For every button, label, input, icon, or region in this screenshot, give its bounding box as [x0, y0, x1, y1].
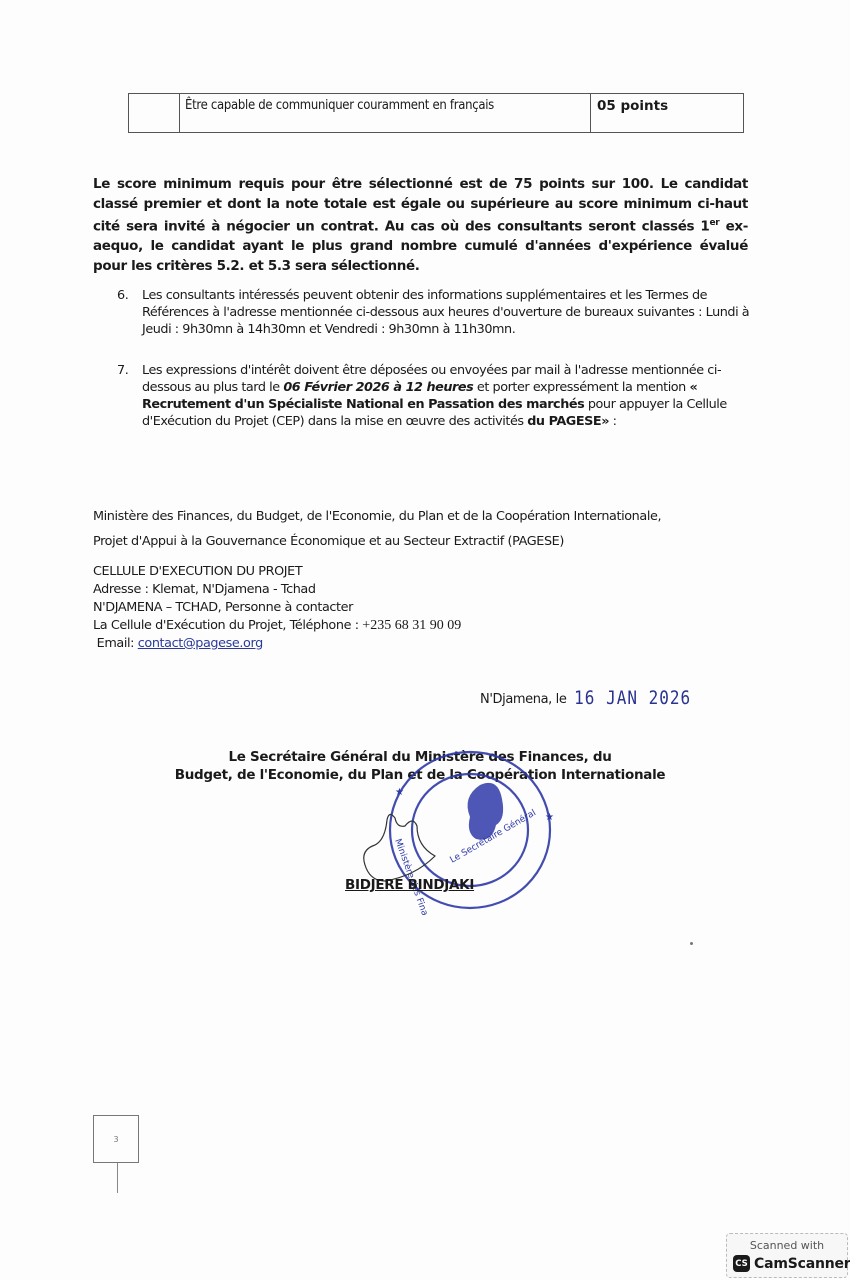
page-number-stem [117, 1163, 118, 1193]
camscanner-brand: CamScanner [754, 1256, 850, 1272]
page-number-box: 3 [93, 1115, 139, 1163]
criteria-points-cell: 05 points [591, 94, 743, 132]
signatory-title-line1: Le Secrétaire Général du Ministère des F… [160, 748, 680, 766]
unit-name: CELLULE D'EXECUTION DU PROJET [93, 563, 461, 581]
email-link[interactable]: contact@pagese.org [138, 636, 263, 651]
selection-text-1: Le score minimum requis pour être sélect… [93, 176, 748, 235]
signatory-title-line2: Budget, de l'Economie, du Plan et de la … [160, 766, 680, 784]
street-address: Adresse : Klemat, N'Djamena - Tchad [93, 581, 461, 599]
criteria-index-cell [129, 94, 180, 132]
camscanner-logo-icon: CS [733, 1255, 750, 1272]
phone-label: La Cellule d'Exécution du Projet, Téléph… [93, 618, 362, 633]
email-line: Email: contact@pagese.org [93, 635, 461, 653]
contact-block: CELLULE D'EXECUTION DU PROJET Adresse : … [93, 563, 461, 653]
item-number: 7. [117, 362, 128, 379]
svg-text:Le Secrétaire Général: Le Secrétaire Général [448, 807, 538, 865]
svg-text:★: ★ [395, 787, 404, 798]
scan-speck [690, 942, 693, 945]
item-text: Les expressions d'intérêt doivent être d… [142, 362, 757, 430]
list-item-6: 6. Les consultants intéressés peuvent ob… [117, 287, 757, 338]
scanned-with-label: Scanned with [727, 1239, 847, 1252]
project-line: Projet d'Appui à la Gouvernance Économiq… [93, 534, 564, 549]
list-item-7: 7. Les expressions d'intérêt doivent êtr… [117, 362, 757, 430]
project-text: du PAGESE» [527, 414, 609, 429]
date-place: N'Djamena, le [480, 692, 566, 707]
date-stamp: 16 JAN 2026 [574, 687, 691, 709]
svg-text:★: ★ [545, 812, 554, 823]
item-number: 6. [117, 287, 128, 304]
signatory-title: Le Secrétaire Général du Ministère des F… [160, 748, 680, 784]
deadline-text: 06 Février 2026 à 12 heures [283, 380, 473, 395]
item7-text-b: et porter expressément la mention [473, 380, 689, 395]
item-text: Les consultants intéressés peuvent obten… [142, 287, 757, 338]
ministry-line: Ministère des Finances, du Budget, de l'… [93, 509, 661, 524]
selection-paragraph: Le score minimum requis pour être sélect… [93, 175, 748, 276]
criteria-table-row: Être capable de communiquer couramment e… [128, 93, 744, 133]
city-contact: N'DJAMENA – TCHAD, Personne à contacter [93, 599, 461, 617]
phone-line: La Cellule d'Exécution du Projet, Téléph… [93, 617, 461, 635]
item7-text-d: : [609, 414, 616, 429]
camscanner-watermark: Scanned with CS CamScanner [726, 1233, 848, 1278]
superscript-er: er [709, 218, 719, 228]
phone-number: +235 68 31 90 09 [362, 618, 461, 633]
email-label: Email: [97, 636, 138, 651]
signatory-name: BIDJERE BINDJAKI [345, 877, 474, 893]
date-line: N'Djamena, le 16 JAN 2026 [480, 688, 691, 707]
criteria-text-cell: Être capable de communiquer couramment e… [180, 94, 591, 132]
